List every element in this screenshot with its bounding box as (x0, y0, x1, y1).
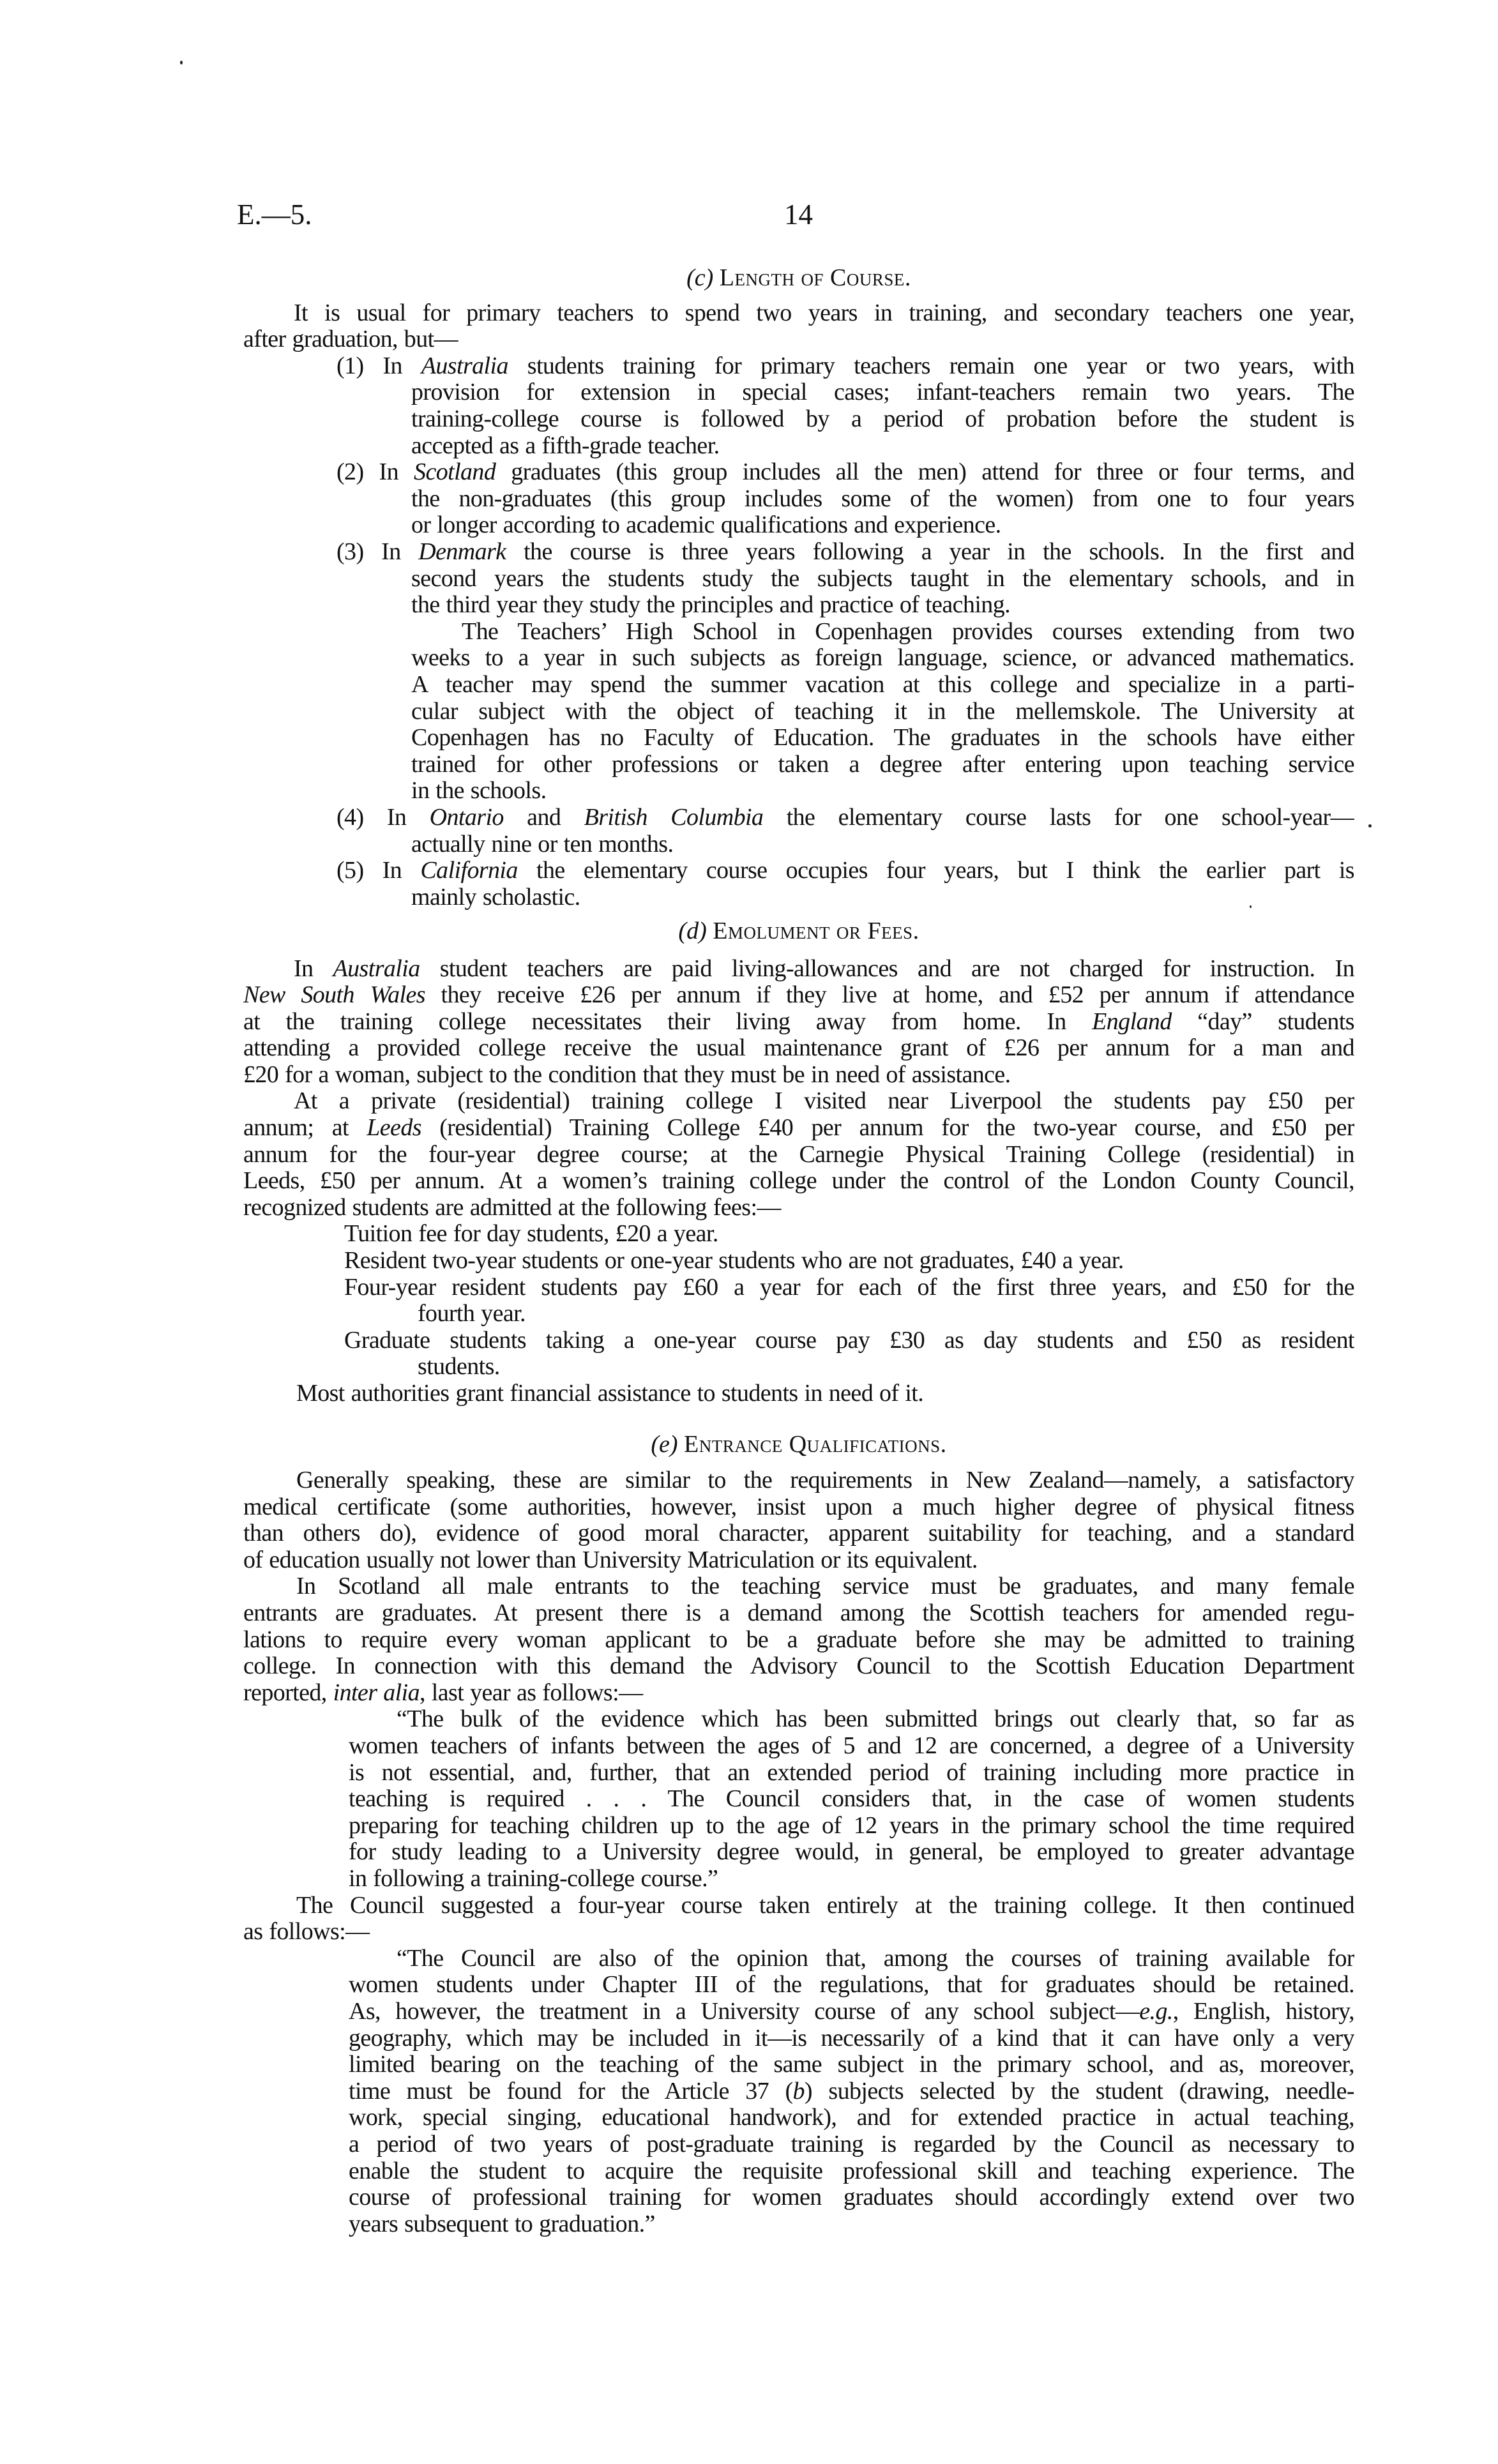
text-line: in the schools. (411, 778, 1354, 805)
text-line: (5) In California the elementary course … (337, 858, 1354, 884)
section-label: (c) (686, 264, 713, 291)
italic-text: Scotland (414, 459, 496, 485)
text-line: as follows:— (243, 1919, 1354, 1946)
section-heading-length-of-course: (c) Length of Course. (243, 265, 1354, 292)
text-line: weeks to a year in such subjects as fore… (411, 645, 1354, 672)
text-line: Most authorities grant financial assista… (296, 1380, 1354, 1407)
text-line: women teachers of infants between the ag… (349, 1733, 1354, 1760)
text-line: teaching is required . . . The Council c… (349, 1786, 1354, 1813)
text-line: The Teachers’ High School in Copenhagen … (462, 619, 1354, 646)
text-line: of education usually not lower than Univ… (243, 1547, 1354, 1574)
text-line: geography, which may be included in it—i… (349, 2025, 1354, 2052)
text-line: is not essential, and, further, that an … (349, 1760, 1354, 1787)
text-line: “The Council are also of the opinion tha… (397, 1946, 1354, 1972)
text-line: years subsequent to graduation.” (349, 2211, 1354, 2238)
italic-text: Australia (333, 956, 420, 982)
section-heading-entrance-qualifications: (e) Entrance Qualifications. (243, 1432, 1354, 1458)
text-line: entrants are graduates. At present there… (243, 1600, 1354, 1627)
document-page: E.—5. 14 (c) Length of Course. It is usu… (0, 0, 1498, 2464)
italic-text: b (793, 2078, 805, 2105)
italic-text: England (1092, 1009, 1172, 1035)
section-title: Length of Course. (720, 264, 911, 291)
text-line: £20 for a woman, subject to the conditio… (243, 1062, 1354, 1089)
text-line: lations to require every woman applicant… (243, 1627, 1354, 1654)
scan-speck (1250, 905, 1252, 908)
text-line: training-college course is followed by a… (411, 406, 1354, 433)
italic-text: New South Wales (243, 982, 425, 1008)
text-line: course of professional training for wome… (349, 2184, 1354, 2211)
text-line: Tuition fee for day students, £20 a year… (344, 1221, 1354, 1248)
scan-speck (1368, 824, 1372, 828)
text-line: or longer according to academic qualific… (411, 512, 1354, 539)
document-reference: E.—5. (237, 200, 312, 229)
text-line: enable the student to acquire the requis… (349, 2158, 1354, 2185)
text-line: actually nine or ten months. (411, 831, 1354, 858)
text-line: Copenhagen has no Faculty of Education. … (411, 725, 1354, 752)
italic-text: inter alia (333, 1679, 420, 1706)
italic-text: Ontario (430, 805, 504, 831)
section-label: (d) (678, 918, 706, 944)
text-line: (2) In Scotland graduates (this group in… (337, 459, 1354, 486)
text-line: trained for other professions or taken a… (411, 752, 1354, 778)
text-line: As, however, the treatment in a Universi… (349, 1999, 1354, 2025)
text-line: time must be found for the Article 37 (b… (349, 2078, 1354, 2105)
text-line: mainly scholastic. (411, 884, 1354, 911)
italic-text: British Columbia (584, 805, 764, 831)
text-line: The Council suggested a four-year course… (296, 1893, 1354, 1919)
text-line: at the training college necessitates the… (243, 1009, 1354, 1036)
text-line: It is usual for primary teachers to spen… (294, 300, 1354, 327)
text-line: annum for the four-year degree course; a… (243, 1142, 1354, 1168)
text-line: In Australia student teachers are paid l… (294, 956, 1354, 983)
section-label: (e) (651, 1431, 677, 1458)
italic-text: e.g. (1139, 1999, 1172, 2025)
text-line: limited bearing on the teaching of the s… (349, 2052, 1354, 2078)
text-line: Graduate students taking a one-year cour… (344, 1327, 1354, 1354)
text-line: Generally speaking, these are similar to… (296, 1467, 1354, 1494)
text-line: annum; at Leeds (residential) Training C… (243, 1115, 1354, 1142)
text-line: attending a provided college receive the… (243, 1035, 1354, 1062)
text-line: medical certificate (some authorities, h… (243, 1494, 1354, 1521)
text-line: college. In connection with this demand … (243, 1653, 1354, 1680)
text-line: accepted as a fifth-grade teacher. (411, 433, 1354, 460)
scan-speck (180, 61, 183, 64)
text-line: students. (418, 1354, 1354, 1380)
section-heading-emolument-or-fees: (d) Emolument or Fees. (243, 918, 1354, 945)
text-line: a period of two years of post-graduate t… (349, 2131, 1354, 2158)
text-line: A teacher may spend the summer vacation … (411, 672, 1354, 699)
text-line: fourth year. (418, 1301, 1354, 1327)
text-line: in following a training-college course.” (349, 1866, 1354, 1893)
section-title: Entrance Qualifications. (684, 1431, 947, 1458)
italic-text: Denmark (418, 539, 506, 565)
text-line: recognized students are admitted at the … (243, 1195, 1354, 1221)
text-line: (1) In Australia students training for p… (337, 353, 1354, 380)
text-line: At a private (residential) training coll… (294, 1088, 1354, 1115)
text-line: In Scotland all male entrants to the tea… (296, 1573, 1354, 1600)
text-line: (3) In Denmark the course is three years… (337, 539, 1354, 566)
text-line: after graduation, but— (243, 326, 1354, 353)
text-line: work, special singing, educational handw… (349, 2105, 1354, 2131)
text-line: the third year they study the principles… (411, 592, 1354, 619)
text-line: cular subject with the object of teachin… (411, 699, 1354, 725)
text-line: Resident two-year students or one-year s… (344, 1248, 1354, 1274)
text-line: the non-graduates (this group includes s… (411, 486, 1354, 513)
text-line: “The bulk of the evidence which has been… (397, 1706, 1354, 1733)
text-line: second years the students study the subj… (411, 566, 1354, 593)
text-line: reported, inter alia, last year as follo… (243, 1680, 1354, 1707)
italic-text: Australia (421, 353, 508, 379)
text-line: preparing for teaching children up to th… (349, 1813, 1354, 1840)
text-line: than others do), evidence of good moral … (243, 1520, 1354, 1547)
section-title: Emolument or Fees. (713, 918, 919, 944)
text-line: women students under Chapter III of the … (349, 1972, 1354, 1999)
italic-text: California (420, 858, 517, 884)
text-line: for study leading to a University degree… (349, 1839, 1354, 1866)
text-line: Four-year resident students pay £60 a ye… (344, 1274, 1354, 1301)
text-line: Leeds, £50 per annum. At a women’s train… (243, 1168, 1354, 1195)
page-number: 14 (784, 200, 813, 229)
italic-text: Leeds (367, 1115, 421, 1141)
text-line: provision for extension in special cases… (411, 379, 1354, 406)
text-line: (4) In Ontario and British Columbia the … (337, 805, 1354, 831)
text-line: New South Wales they receive £26 per ann… (243, 982, 1354, 1009)
